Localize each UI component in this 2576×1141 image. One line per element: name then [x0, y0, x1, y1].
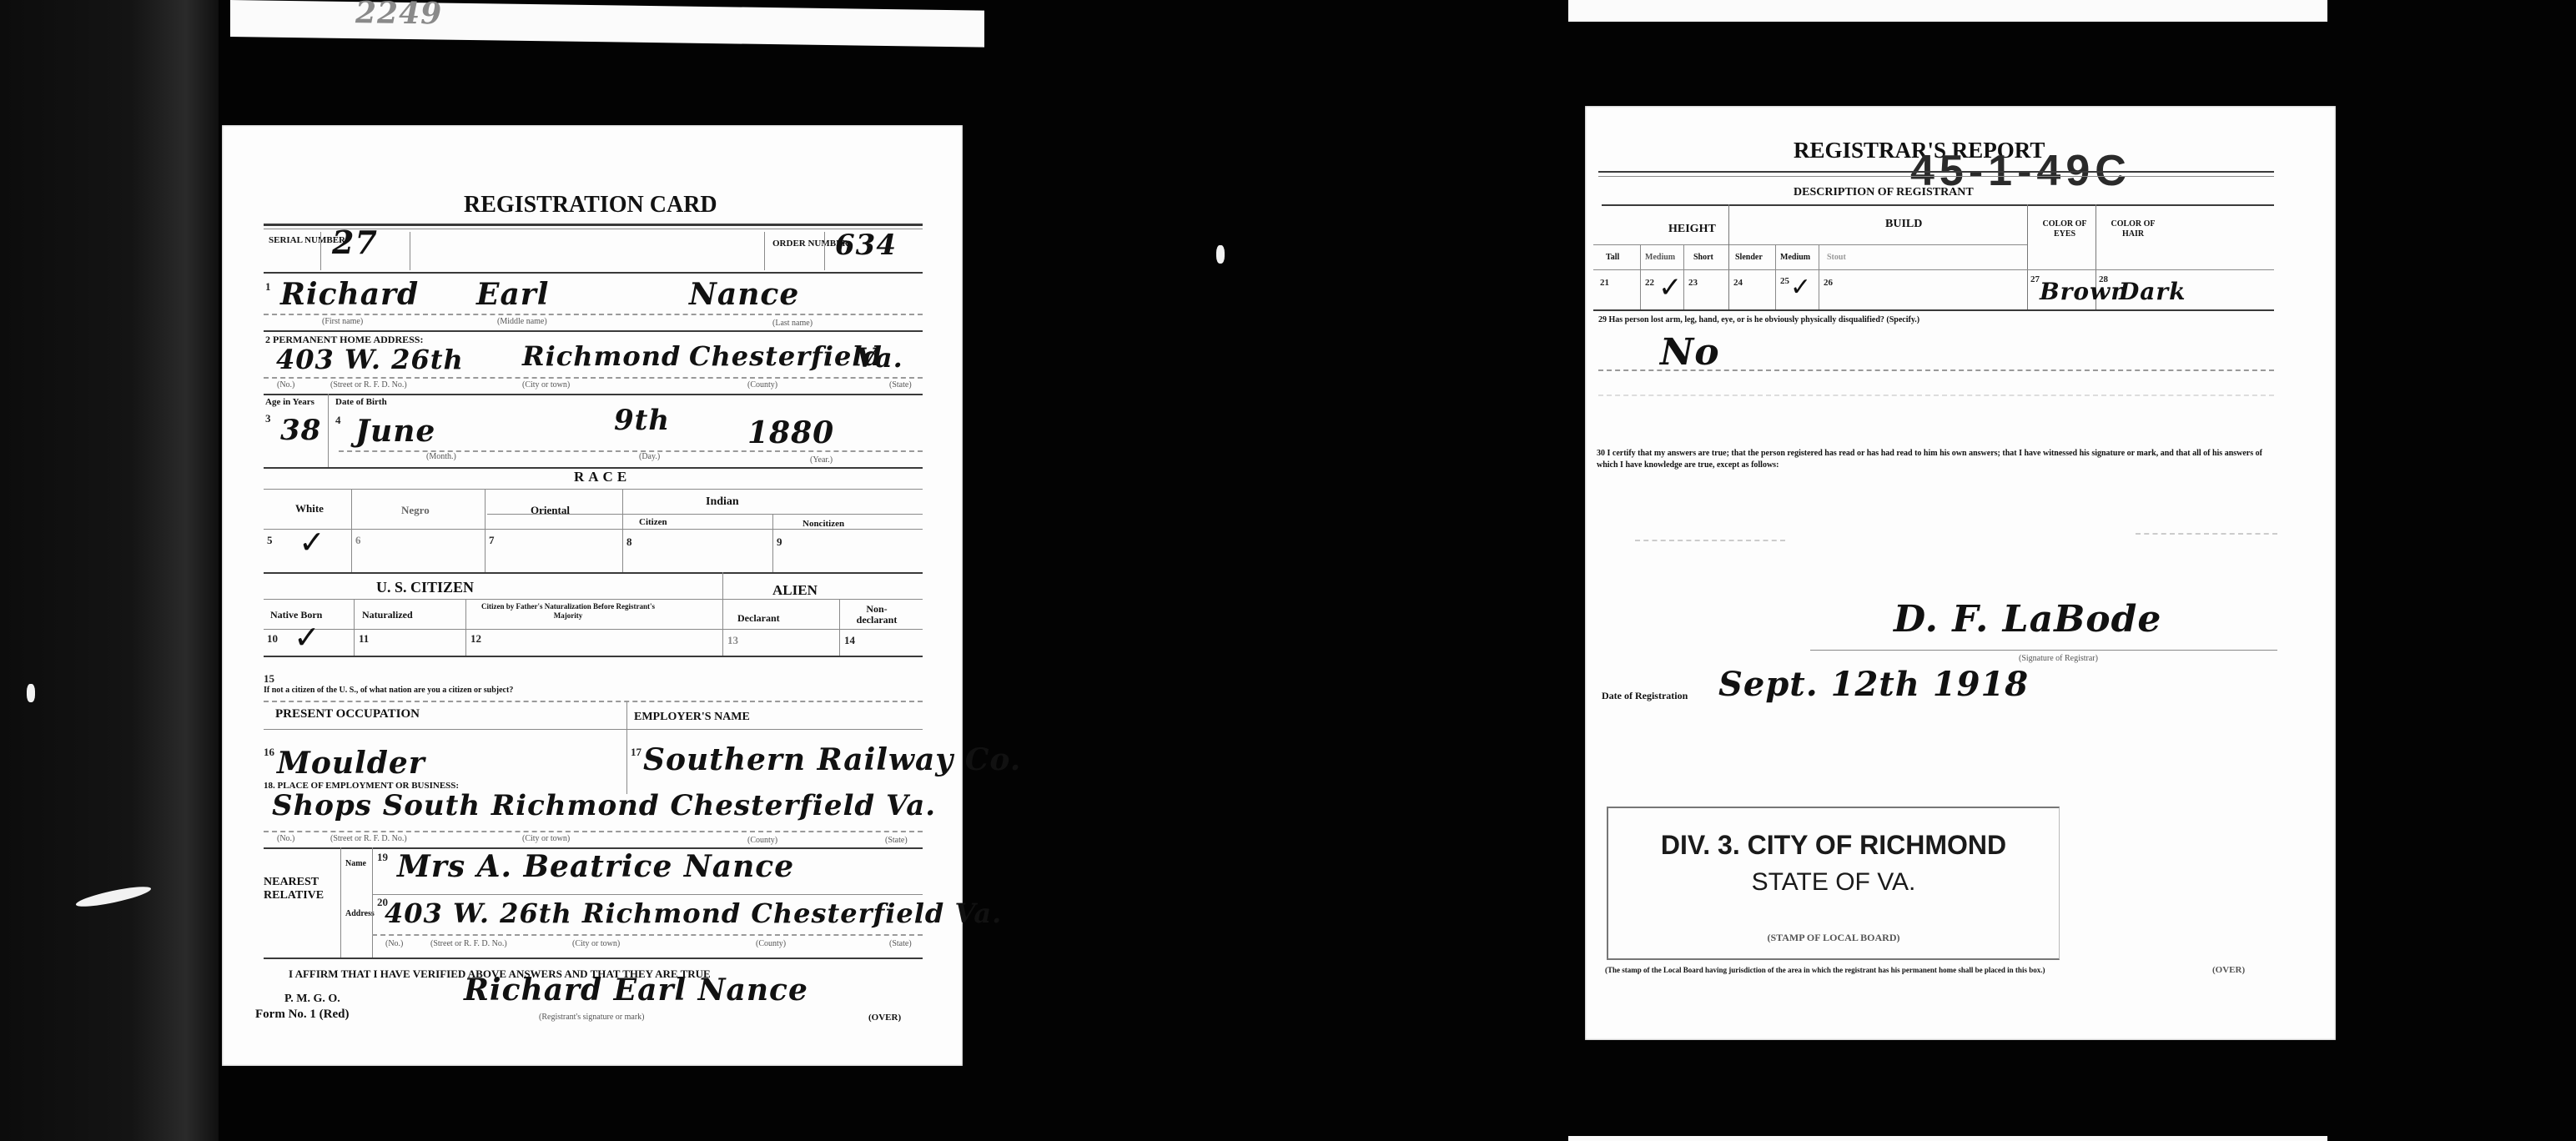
age-label: Age in Years — [265, 397, 314, 407]
citizen-col-derivative: Citizen by Father's Naturalization Befor… — [472, 602, 664, 621]
local-board-stamp-box: DIV. 3. CITY OF RICHMOND STATE OF VA. (S… — [1607, 807, 2060, 960]
q30-certification: 30 I certify that my answers are true; t… — [1597, 448, 2277, 471]
us-citizen-heading: U. S. CITIZEN — [376, 579, 474, 596]
first-name: Richard — [280, 277, 419, 312]
field-num: 25 — [1780, 276, 1789, 286]
height-col-medium: Medium — [1645, 253, 1675, 262]
hair-color-value: Dark — [2119, 278, 2186, 305]
stamp-line-1: DIV. 3. CITY OF RICHMOND — [1608, 830, 2059, 861]
relative-address-caption: (County) — [756, 939, 786, 948]
native-born-checkmark-icon: ✓ — [294, 619, 320, 656]
race-num: 6 — [355, 534, 361, 547]
last-name-caption: (Last name) — [772, 319, 813, 328]
nearest-relative-label: NEAREST RELATIVE — [264, 876, 339, 902]
alien-col-nondeclarant: Non-declarant — [848, 604, 906, 626]
q19-number: 19 — [377, 851, 388, 864]
form-number: Form No. 1 (Red) — [255, 1008, 349, 1022]
race-num: 7 — [489, 534, 495, 547]
field-num: 24 — [1733, 278, 1743, 288]
partial-card-bottom-right — [1568, 1136, 2327, 1141]
height-col-short: Short — [1693, 253, 1713, 262]
height-heading: HEIGHT — [1668, 223, 1716, 236]
relative-name-value: Mrs A. Beatrice Nance — [397, 849, 794, 884]
address-caption: (No.) — [277, 380, 294, 390]
registration-card: REGISTRATION CARD SERIAL NUMBER 27 ORDER… — [222, 125, 963, 1066]
place-caption: (State) — [885, 836, 908, 845]
film-speck — [1216, 245, 1225, 264]
q16-number: 16 — [264, 746, 274, 759]
q15-question: If not a citizen of the U. S., of what n… — [264, 686, 513, 695]
dob-label: Date of Birth — [335, 397, 387, 407]
dob-month: June — [355, 414, 435, 449]
address-state: Va. — [856, 342, 903, 374]
form-agency: P. M. G. O. — [284, 993, 340, 1006]
place-of-employment-value: Shops South Richmond Chesterfield Va. — [272, 789, 936, 822]
relative-address-label: Address — [345, 909, 375, 918]
over-note: (OVER) — [2212, 965, 2245, 975]
height-col-tall: Tall — [1606, 253, 1619, 262]
race-heading: RACE — [574, 469, 631, 485]
stamp-note: (The stamp of the Local Board having jur… — [1605, 965, 2072, 975]
date-of-registration-value: Sept. 12th 1918 — [1718, 665, 2029, 704]
citizen-num: 11 — [359, 632, 369, 646]
dob-year: 1880 — [747, 415, 834, 450]
race-col-indian-noncitizen: Noncitizen — [802, 519, 844, 529]
address-caption: (State) — [889, 380, 912, 390]
alien-col-declarant: Declarant — [737, 612, 780, 625]
place-caption: (County) — [747, 836, 777, 845]
race-num: 9 — [777, 535, 782, 549]
dob-year-caption: (Year.) — [810, 455, 833, 465]
race-num: 5 — [267, 534, 273, 547]
build-col-stout: Stout — [1827, 253, 1846, 262]
q29-question: 29 Has person lost arm, leg, hand, eye, … — [1598, 314, 2274, 325]
last-name: Nance — [689, 277, 799, 312]
first-name-caption: (First name) — [322, 317, 363, 326]
partial-card-number: 2249 — [355, 0, 442, 32]
citizen-col-naturalized: Naturalized — [362, 609, 413, 621]
stamp-caption: (STAMP OF LOCAL BOARD) — [1608, 932, 2059, 944]
middle-name-caption: (Middle name) — [497, 317, 547, 326]
address-county: Chesterfield — [689, 340, 883, 372]
build-col-slender: Slender — [1735, 253, 1763, 262]
build-col-medium: Medium — [1780, 253, 1810, 262]
order-number-value: 634 — [835, 229, 897, 262]
film-speck — [27, 684, 35, 702]
race-col-white: White — [295, 502, 324, 515]
stamp-line-2: STATE OF VA. — [1608, 868, 2059, 897]
relative-address-caption: (State) — [889, 939, 912, 948]
race-col-negro: Negro — [401, 504, 430, 517]
citizen-num: 10 — [267, 632, 278, 646]
registrar-signature: D. F. LaBode — [1894, 598, 2161, 641]
serial-number-label: SERIAL NUMBER — [269, 235, 319, 245]
over-note: (OVER) — [868, 1013, 901, 1023]
field-num: 26 — [1824, 278, 1833, 288]
dob-day-caption: (Day.) — [639, 452, 660, 461]
partial-card-top-left: 2249 — [230, 0, 984, 48]
relative-address-caption: (No.) — [385, 939, 403, 948]
field-num: 27 — [2030, 274, 2040, 284]
order-number-label: ORDER NUMBER — [772, 239, 823, 249]
q15-number: 15 — [264, 672, 274, 686]
citizen-num: 12 — [470, 632, 481, 646]
employer-value: Southern Railway Co. — [643, 742, 1021, 777]
field-num: 22 — [1645, 278, 1654, 288]
film-edge-band — [0, 0, 219, 1141]
address-caption: (Street or R. F. D. No.) — [330, 380, 407, 390]
hair-heading: COLOR OF HAIR — [2104, 219, 2162, 239]
place-caption: (No.) — [277, 834, 294, 843]
build-heading: BUILD — [1885, 218, 1922, 231]
partial-card-top-right — [1568, 0, 2327, 22]
eye-color-value: Brown — [2040, 278, 2129, 305]
citizen-num: 13 — [727, 634, 738, 647]
eyes-heading: COLOR OF EYES — [2035, 219, 2094, 239]
race-num: 8 — [626, 535, 632, 549]
middle-name: Earl — [476, 277, 549, 312]
relative-address-caption: (City or town) — [572, 939, 620, 948]
dob-day: 9th — [614, 404, 670, 437]
relative-address-value: 403 W. 26th Richmond Chesterfield Va. — [385, 897, 1002, 929]
place-caption: (City or town) — [522, 834, 570, 843]
alien-heading: ALIEN — [772, 582, 818, 599]
serial-number-value: 27 — [332, 224, 378, 261]
address-street: 403 W. 26th — [276, 344, 464, 375]
registrars-report-card: REGISTRAR'S REPORT 45-1-49C DESCRIPTION … — [1585, 106, 2336, 1040]
relative-name-label: Name — [345, 859, 366, 868]
height-medium-checkmark-icon: ✓ — [1658, 271, 1683, 304]
address-caption: (City or town) — [522, 380, 570, 390]
address-caption: (County) — [747, 380, 777, 390]
citizen-num: 14 — [844, 634, 855, 647]
registrar-signature-caption: (Signature of Registrar) — [2019, 654, 2098, 663]
field-num: 21 — [1600, 278, 1609, 288]
card-title: REGISTRATION CARD — [464, 192, 717, 219]
employer-label: EMPLOYER'S NAME — [634, 711, 750, 724]
race-white-checkmark-icon: ✓ — [299, 524, 325, 560]
registrant-signature: Richard Earl Nance — [464, 973, 808, 1008]
dob-month-caption: (Month.) — [426, 452, 456, 461]
race-col-indian-citizen: Citizen — [639, 517, 667, 527]
report-subtitle: DESCRIPTION OF REGISTRANT — [1794, 186, 1974, 199]
q29-answer: No — [1660, 331, 1720, 374]
build-medium-checkmark-icon: ✓ — [1790, 273, 1811, 302]
race-col-oriental: Oriental — [531, 504, 570, 517]
occupation-label: PRESENT OCCUPATION — [275, 707, 420, 721]
place-caption: (Street or R. F. D. No.) — [330, 834, 407, 843]
relative-address-caption: (Street or R. F. D. No.) — [430, 939, 507, 948]
occupation-value: Moulder — [277, 746, 425, 781]
address-city: Richmond — [522, 340, 681, 372]
race-col-indian: Indian — [706, 495, 739, 509]
field-num: 23 — [1688, 278, 1698, 288]
age-value: 38 — [280, 414, 321, 447]
date-of-registration-label: Date of Registration — [1602, 690, 1688, 702]
q17-number: 17 — [631, 746, 641, 759]
signature-caption: (Registrant's signature or mark) — [539, 1013, 645, 1022]
